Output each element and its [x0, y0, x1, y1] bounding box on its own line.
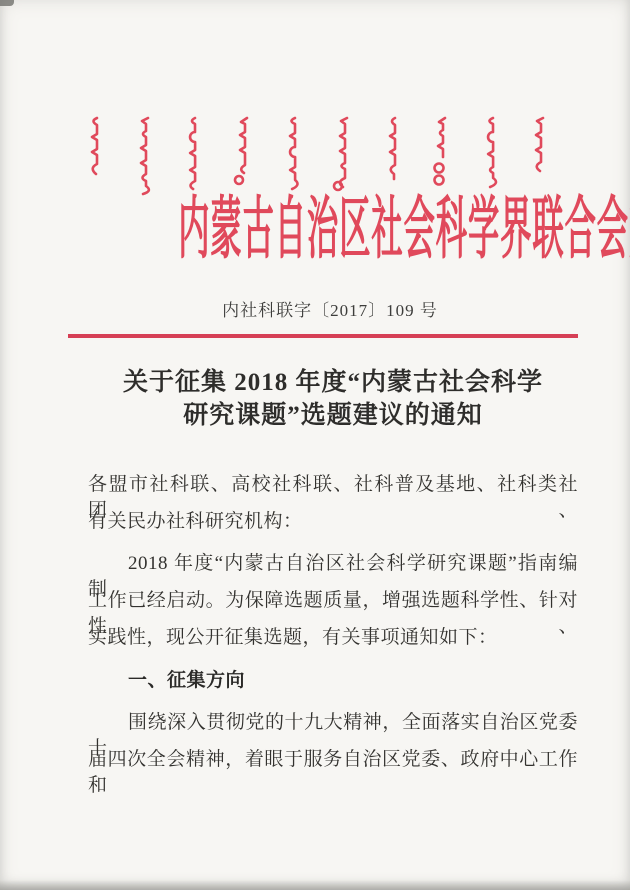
scan-bottom-shadow	[0, 880, 630, 890]
mongolian-script-icon	[85, 112, 555, 196]
body-line: 各盟市社科联、高校社科联、社科普及基地、社科类社团、	[88, 472, 578, 509]
document-title: 关于征集 2018 年度“内蒙古社会科学 研究课题”选题建议的通知	[88, 366, 578, 432]
document-title-line2: 研究课题”选题建议的通知	[88, 399, 578, 432]
body-line: 届四次全会精神，着眼于服务自治区党委、政府中心工作和	[88, 747, 578, 784]
section-heading: 一、征集方向	[88, 668, 578, 705]
scanned-document-page: 内蒙古自治区社会科学界联合会文件 内社科联字〔2017〕109 号 关于征集 2…	[0, 0, 630, 890]
scan-corner-artifact	[0, 0, 14, 6]
doc-number: 内社科联字〔2017〕109 号	[0, 296, 630, 321]
document-body: 各盟市社科联、高校社科联、社科普及基地、社科类社团、 有关民办社科研究机构： 2…	[88, 472, 578, 784]
body-line: 2018 年度“内蒙古自治区社会科学研究课题”指南编制	[88, 551, 578, 588]
body-line: 围绕深入贯彻党的十九大精神，全面落实自治区党委十	[88, 710, 578, 747]
document-title-line1: 关于征集 2018 年度“内蒙古社会科学	[88, 366, 578, 399]
org-title: 内蒙古自治区社会科学界联合会文件	[178, 190, 468, 270]
body-line: 工作已经启动。为保障选题质量，增强选题科学性、针对性、	[88, 588, 578, 625]
red-rule-divider	[68, 334, 578, 338]
